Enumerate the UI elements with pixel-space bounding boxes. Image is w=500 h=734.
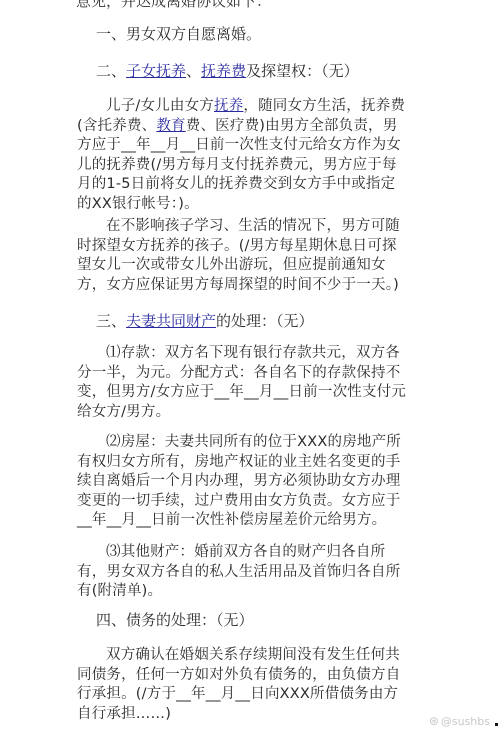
link-raising[interactable]: 抚养	[214, 98, 243, 114]
clipped-intro-line: 意见，并达成离婚协议如下：	[76, 0, 271, 11]
weibo-icon: ⊛	[429, 714, 439, 728]
other-property-paragraph: ⑶其他财产：婚前双方各自的财产归各自所有，男女双方各自的私人生活用品及首饰归各自…	[77, 543, 407, 602]
debt-paragraph: 双方确认在婚姻关系存续期间没有发生任何共同债务，任何一方如对外负有债务的，由负债…	[77, 646, 407, 724]
watermark-text: @sushbs	[441, 715, 490, 728]
link-education[interactable]: 教育	[156, 118, 185, 134]
section-2-suffix: 及探望权：（无）	[246, 62, 359, 80]
visitation-paragraph: 在不影响孩子学习、生活的情况下，男方可随时探望女方抚养的孩子。(/男方每星期休息…	[77, 217, 407, 295]
section-3-suffix: 的处理：（无）	[216, 312, 314, 330]
corner-dot	[495, 723, 498, 726]
section-2-prefix: 二、	[96, 62, 126, 80]
link-child-support[interactable]: 抚养费	[201, 62, 246, 80]
custody-paragraph: 儿子/女儿由女方抚养，随同女方生活，抚养费(含托养费、教育费、医疗费)由男方全部…	[77, 97, 407, 214]
section-4-heading: 四、债务的处理：（无）	[96, 610, 254, 630]
deposit-paragraph: ⑴存款：双方名下现有银行存款共元，双方各分一半，为元。分配方式：各自名下的存款保…	[77, 344, 407, 422]
section-3-prefix: 三、	[96, 312, 126, 330]
section-2-heading: 二、子女抚养、抚养费及探望权：（无）	[96, 61, 359, 81]
watermark: ⊛@sushbs	[429, 714, 490, 728]
link-child-custody[interactable]: 子女抚养	[126, 62, 186, 80]
house-paragraph: ⑵房屋：夫妻共同所有的位于XXX的房地产所有权归女方所有，房地产权证的业主姓名变…	[77, 433, 407, 531]
section-3-heading: 三、夫妻共同财产的处理：（无）	[96, 311, 314, 331]
section-1-heading: 一、男女双方自愿离婚。	[96, 24, 261, 44]
link-marital-property[interactable]: 夫妻共同财产	[126, 312, 216, 330]
separator: 、	[186, 62, 201, 80]
custody-text-1: 儿子/女儿由女方	[106, 98, 214, 114]
